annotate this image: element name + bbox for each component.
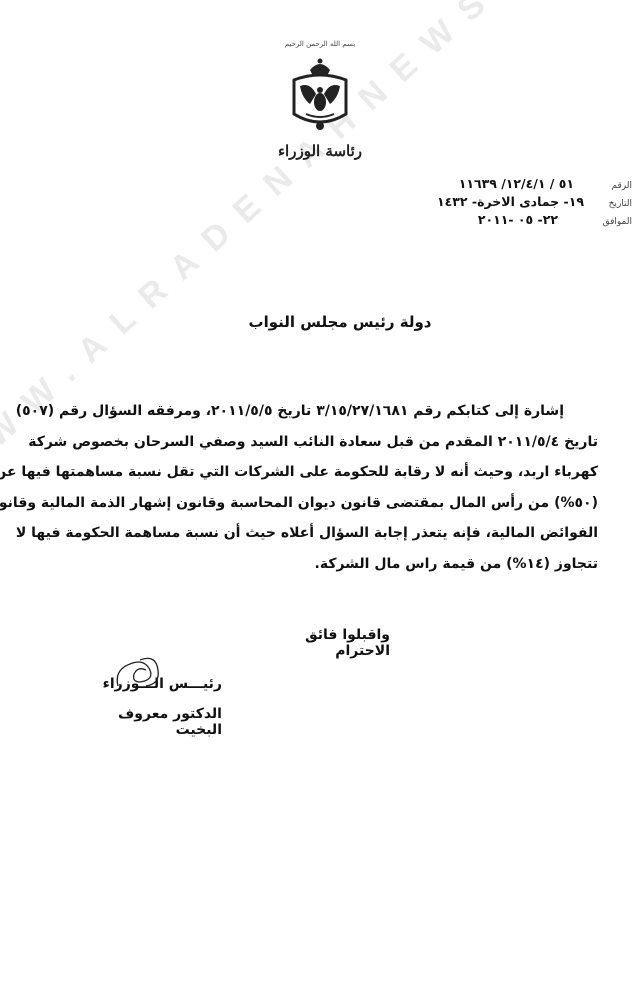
signatory-title-row: رئيـــس الـــوزراء [72,672,222,696]
body-line: إشارة إلى كتابكم رقم ٣/١٥/٢٧/١٦٨١ تاريخ … [64,396,598,427]
addressee: دولة رئيس مجلس النواب [0,313,640,331]
reference-number-value: ٥١ / ١٢/٤/١/ ١١٦٣٩ [459,176,596,191]
reference-date-label: التاريخ [596,199,632,209]
reference-corresponding-row: الموافق ٢٢- ٠٥ -٢٠١١ [437,212,632,230]
reference-date-row: التاريخ ١٩- جمادى الاخرة- ١٤٣٢ [437,194,632,212]
reference-number-row: الرقم ٥١ / ١٢/٤/١/ ١١٦٣٩ [437,176,632,194]
letter-page: WWW.ALRADENAHNEWS.COM بسم الله الرحمن ال… [0,0,640,996]
body-line: كهرباء اربد، وحيث أنه لا رقابة للحكومة ع… [64,457,598,488]
coat-of-arms-icon [288,56,352,136]
reference-block: الرقم ٥١ / ١٢/٤/١/ ١١٦٣٩ التاريخ ١٩- جما… [437,176,632,230]
body-line: (٥٠%) من رأس المال بمقتضى قانون ديوان ال… [64,488,598,519]
reference-number-label: الرقم [596,181,632,191]
reference-corresponding-value: ٢٢- ٠٥ -٢٠١١ [478,212,596,227]
handwritten-signature-icon [110,656,170,692]
signature-block: رئيـــس الـــوزراء الدكتور معروف البخيت [72,672,222,738]
office-title: رئاسة الوزراء [270,142,370,160]
reference-corresponding-label: الموافق [596,217,632,227]
body-line: تتجاوز (١٤%) من قيمة راس مال الشركة. [64,549,598,580]
signatory-name: الدكتور معروف البخيت [72,706,222,738]
body-line: الفوائض المالية، فإنه يتعذر إجابة السؤال… [64,518,598,549]
closing-salutation: واقبلوا فائق الاحترام [250,627,390,659]
body-line: تاريخ ٢٠١١/٥/٤ المقدم من قبل سعادة النائ… [64,427,598,458]
letter-body: إشارة إلى كتابكم رقم ٣/١٥/٢٧/١٦٨١ تاريخ … [64,396,598,579]
bismillah-text: بسم الله الرحمن الرحيم [270,38,370,50]
reference-date-value: ١٩- جمادى الاخرة- ١٤٣٢ [437,194,596,209]
letterhead: بسم الله الرحمن الرحيم رئاسة [270,38,370,160]
